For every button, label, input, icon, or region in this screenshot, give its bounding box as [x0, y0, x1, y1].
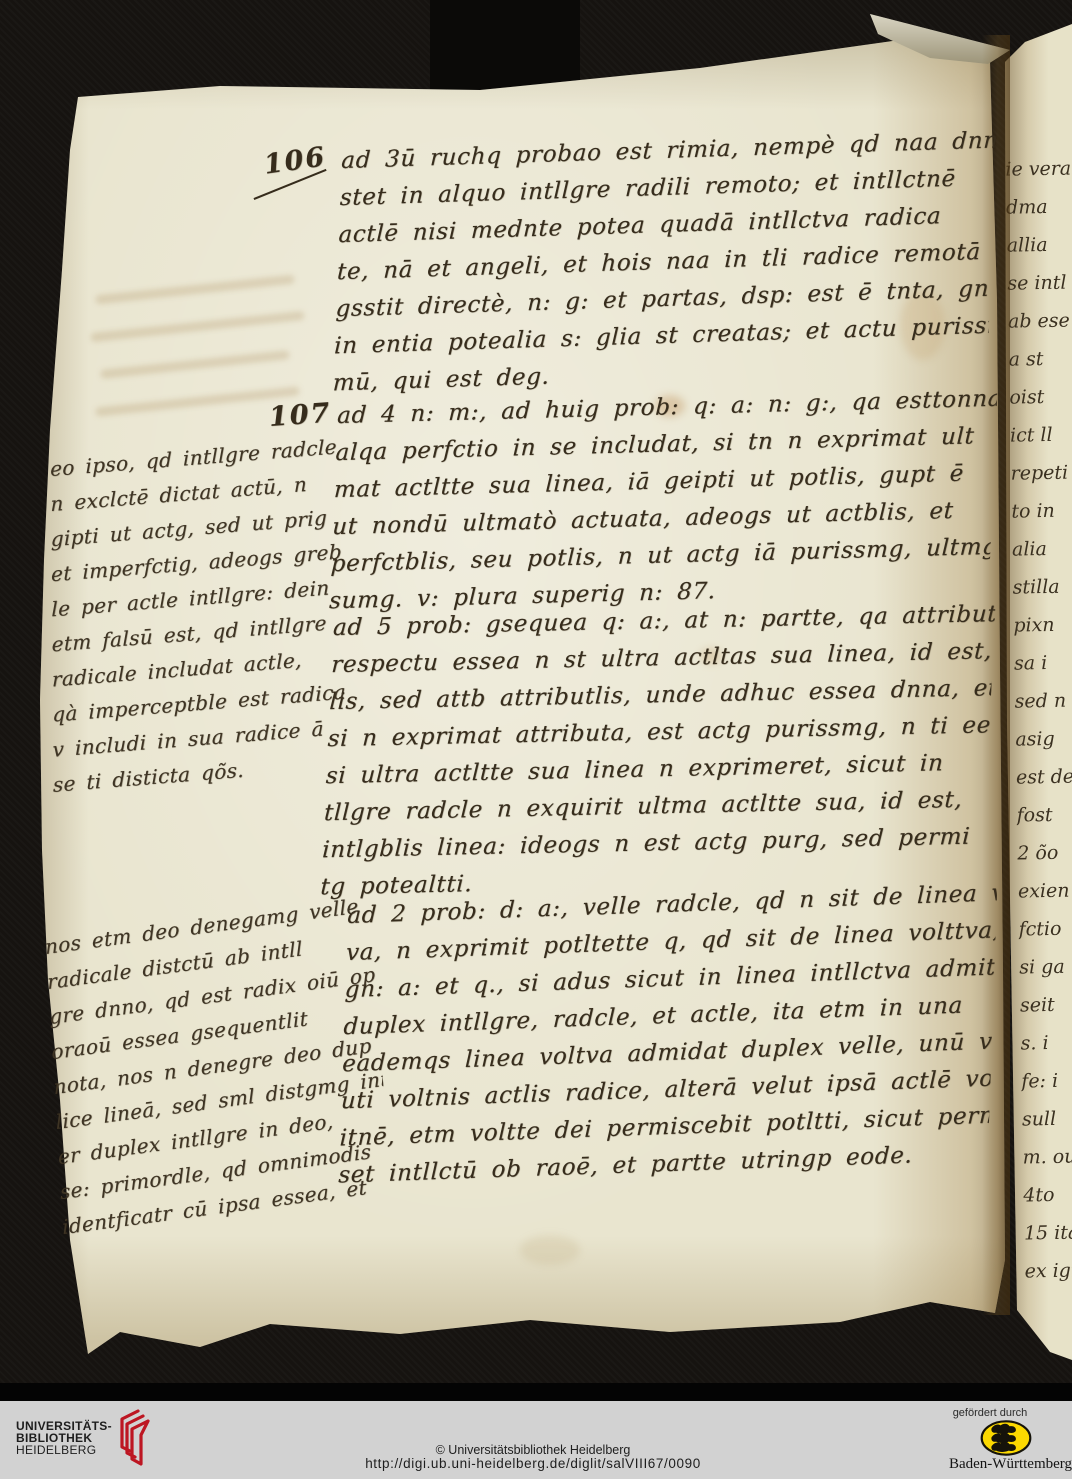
manuscript-line: 4to	[1023, 1175, 1072, 1214]
ub-heidelberg-book-icon	[110, 1407, 156, 1474]
manuscript-line: allia	[1006, 226, 1072, 265]
manuscript-line: ict ll	[1010, 415, 1072, 454]
manuscript-line: asig	[1015, 719, 1072, 758]
manuscript-line: repeti	[1010, 453, 1072, 492]
manuscript-line: ie vera	[1005, 150, 1071, 189]
manuscript-line: ex igi	[1024, 1251, 1072, 1290]
footer-bar: UNIVERSITÄTS- BIBLIOTHEK HEIDELBERG © Un…	[0, 1401, 1072, 1479]
source-url: http://digi.ub.uni-heidelberg.de/diglit/…	[313, 1457, 753, 1471]
manuscript-line: 15 ita	[1024, 1213, 1072, 1252]
manuscript-line: fost	[1016, 795, 1072, 834]
baden-wuerttemberg-coat-of-arms-icon	[978, 1420, 1034, 1461]
paragraph-ad2: ad 2 prob: d: a:, velle radcle, qd n sit…	[338, 875, 998, 1194]
ink-stain	[520, 1235, 580, 1265]
manuscript-line: sed n	[1014, 681, 1072, 720]
manuscript-line: s. i	[1020, 1023, 1072, 1062]
section-number-107: 107	[268, 398, 332, 433]
manuscript-line: se intl	[1007, 263, 1072, 302]
footer-attribution: © Universitätsbibliothek Heidelberg http…	[313, 1443, 753, 1471]
ub-heidelberg-logo: UNIVERSITÄTS- BIBLIOTHEK HEIDELBERG	[16, 1420, 112, 1456]
margin-note-lower: nos etm deo denegamg velleradicale distc…	[44, 887, 390, 1245]
manuscript-line: 2 õo	[1017, 833, 1072, 872]
manuscript-line: stilla	[1012, 567, 1072, 606]
facing-page-edge: ie veradmaalliase intlab esea stoistict …	[1005, 22, 1072, 1362]
logo-line-3: HEIDELBERG	[16, 1444, 112, 1456]
paragraph-107: ad 4 n: m:, ad huig prob: q: a: n: g:, q…	[328, 381, 997, 621]
manuscript-line: pixn	[1013, 605, 1072, 644]
paragraph-ad5: ad 5 prob: gsequea q: a:, at n: partte, …	[320, 596, 996, 906]
manuscript-line: sa i	[1014, 643, 1072, 682]
manuscript-line: fe: i	[1021, 1061, 1072, 1100]
manuscript-line: si ga	[1019, 947, 1072, 986]
margin-note-upper: eo ipso, qd intllgre radclen exclctē dic…	[50, 428, 362, 803]
manuscript-line: sull	[1022, 1099, 1072, 1138]
manuscript-line: a st	[1008, 339, 1072, 378]
scan-background-strip	[430, 0, 580, 90]
manuscript-line: seit	[1020, 985, 1072, 1024]
manuscript-line: m. ou	[1022, 1137, 1072, 1176]
funding-region-name: Baden-Württemberg	[938, 1456, 1072, 1473]
footer-divider	[0, 1383, 1072, 1401]
scanned-page-viewer: ie veradmaalliase intlab esea stoistict …	[0, 0, 1072, 1479]
facing-page-text: ie veradmaalliase intlab esea stoistict …	[1005, 150, 1072, 1291]
manuscript-line: to in	[1011, 491, 1072, 530]
manuscript-line: fctio	[1018, 909, 1072, 948]
paragraph-106: ad 3ū ruchq probao est rimia, nempè qd n…	[332, 122, 997, 402]
manuscript-line: exien	[1018, 871, 1072, 910]
copyright-line: © Universitätsbibliothek Heidelberg	[313, 1443, 753, 1457]
manuscript-line: alia	[1012, 529, 1072, 568]
manuscript-line: est de	[1016, 757, 1072, 796]
manuscript-line: ab ese	[1008, 301, 1072, 340]
manuscript-line: dma	[1006, 188, 1072, 227]
funding-label: gefördert durch	[930, 1407, 1050, 1419]
manuscript-line: oist	[1009, 377, 1072, 416]
